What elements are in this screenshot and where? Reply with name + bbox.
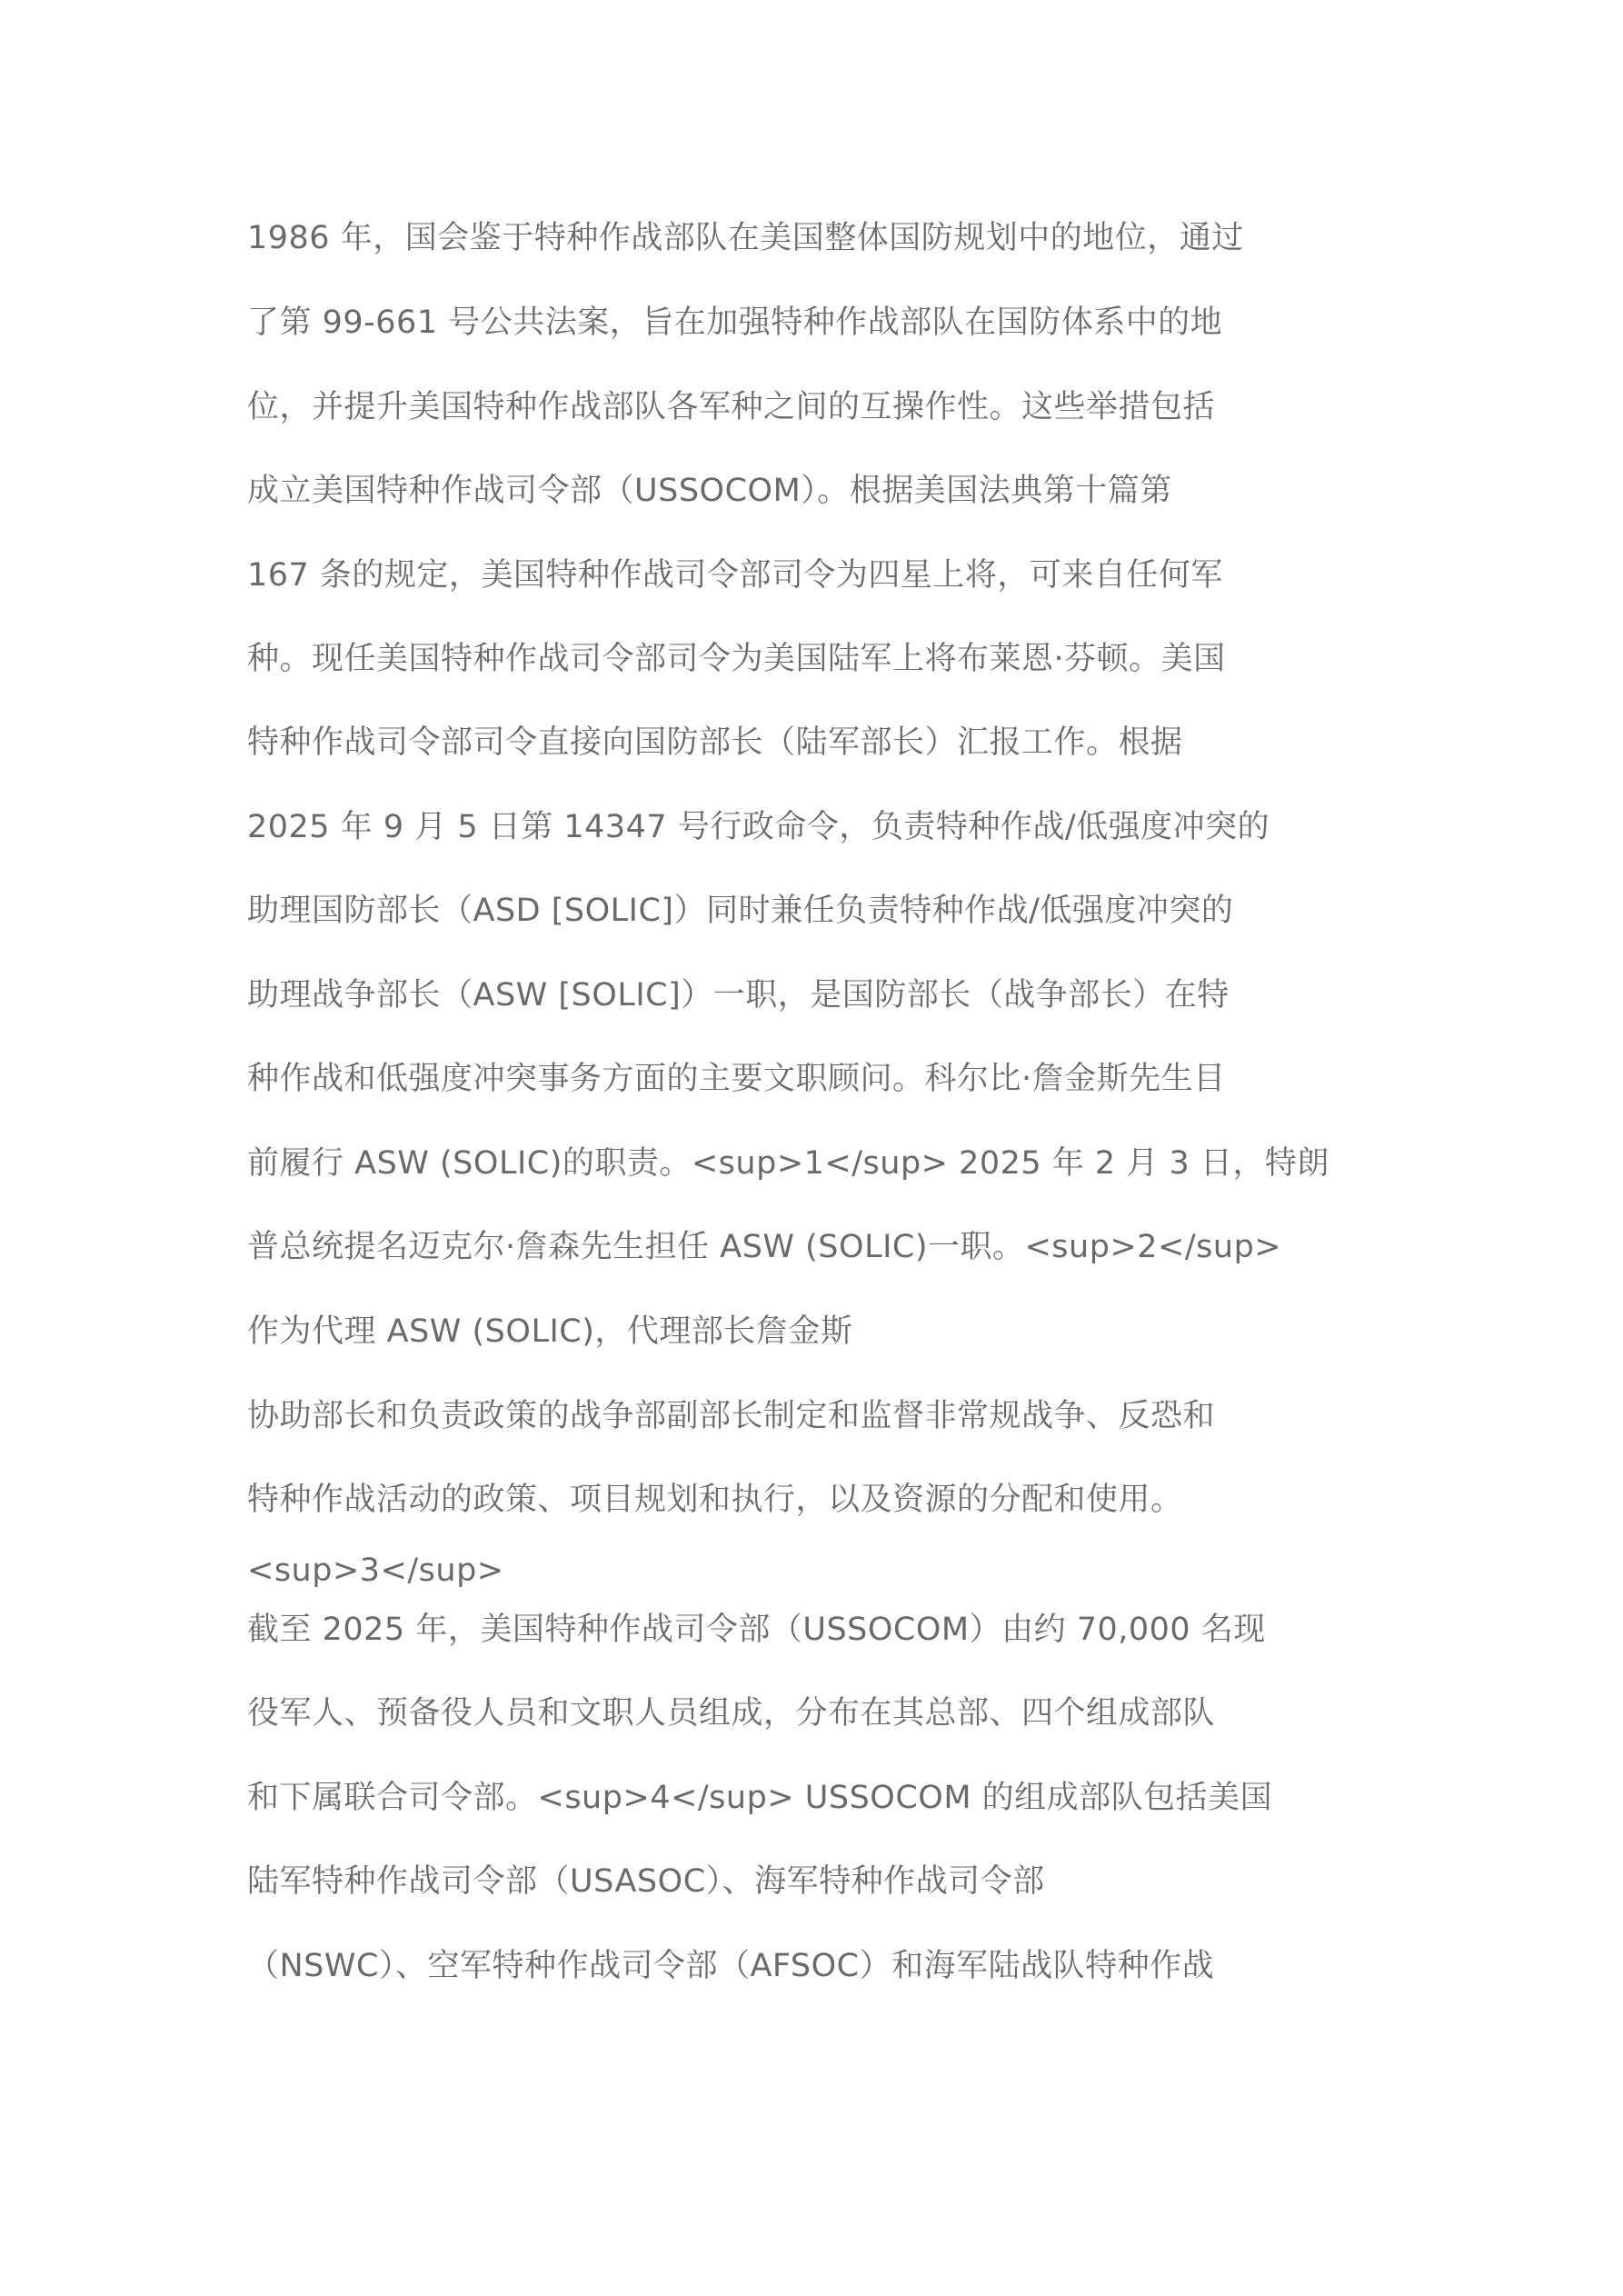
text-line: （NSWC）、空军特种作战司令部（AFSOC）和海军陆战队特种作战	[247, 1946, 1214, 1986]
document-page: 1986 年，国会鉴于特种作战部队在美国整体国防规划中的地位，通过了第 99-6…	[0, 0, 1623, 2296]
text-line: 167 条的规定，美国特种作战司令部司令为四星上将，可来自任何军	[247, 555, 1223, 595]
text-line: 普总统提名迈克尔·詹森先生担任 ASW (SOLIC)一职。<sup>2</su…	[247, 1227, 1281, 1267]
text-line: 作为代理 ASW (SOLIC)，代理部长詹金斯	[247, 1312, 852, 1352]
text-line: 陆军特种作战司令部（USASOC）、海军特种作战司令部	[247, 1862, 1045, 1902]
text-line: 截至 2025 年，美国特种作战司令部（USSOCOM）由约 70,000 名现	[247, 1610, 1266, 1650]
text-line: 特种作战活动的政策、项目规划和执行，以及资源的分配和使用。	[247, 1480, 1183, 1520]
text-line: 役军人、预备役人员和文职人员组成，分布在其总部、四个组成部队	[247, 1693, 1215, 1733]
text-line: 1986 年，国会鉴于特种作战部队在美国整体国防规划中的地位，通过	[247, 218, 1244, 258]
text-line: 种。现任美国特种作战司令部司令为美国陆军上将布莱恩·芬顿。美国	[247, 639, 1226, 679]
text-line: 前履行 ASW (SOLIC)的职责。<sup>1</sup> 2025 年 2…	[247, 1143, 1329, 1183]
text-line: 2025 年 9 月 5 日第 14347 号行政命令，负责特种作战/低强度冲突…	[247, 807, 1270, 847]
text-line: 助理国防部长（ASD [SOLIC]）同时兼任负责特种作战/低强度冲突的	[247, 891, 1233, 931]
text-line: 协助部长和负责政策的战争部副部长制定和监督非常规战争、反恐和	[247, 1396, 1215, 1436]
text-line: 助理战争部长（ASW [SOLIC]）一职，是国防部长（战争部长）在特	[247, 975, 1230, 1015]
text-line: 成立美国特种作战司令部（USSOCOM）。根据美国法典第十篇第	[247, 471, 1172, 511]
text-line: 和下属联合司令部。<sup>4</sup> USSOCOM 的组成部队包括美国	[247, 1778, 1272, 1818]
text-line: 了第 99-661 号公共法案，旨在加强特种作战部队在国防体系中的地	[247, 303, 1222, 343]
text-line: <sup>3</sup>	[247, 1551, 504, 1591]
text-line: 种作战和低强度冲突事务方面的主要文职顾问。科尔比·詹金斯先生目	[247, 1059, 1226, 1099]
text-line: 位，并提升美国特种作战部队各军种之间的互操作性。这些举措包括	[247, 387, 1215, 427]
text-line: 特种作战司令部司令直接向国防部长（陆军部长）汇报工作。根据	[247, 723, 1183, 763]
